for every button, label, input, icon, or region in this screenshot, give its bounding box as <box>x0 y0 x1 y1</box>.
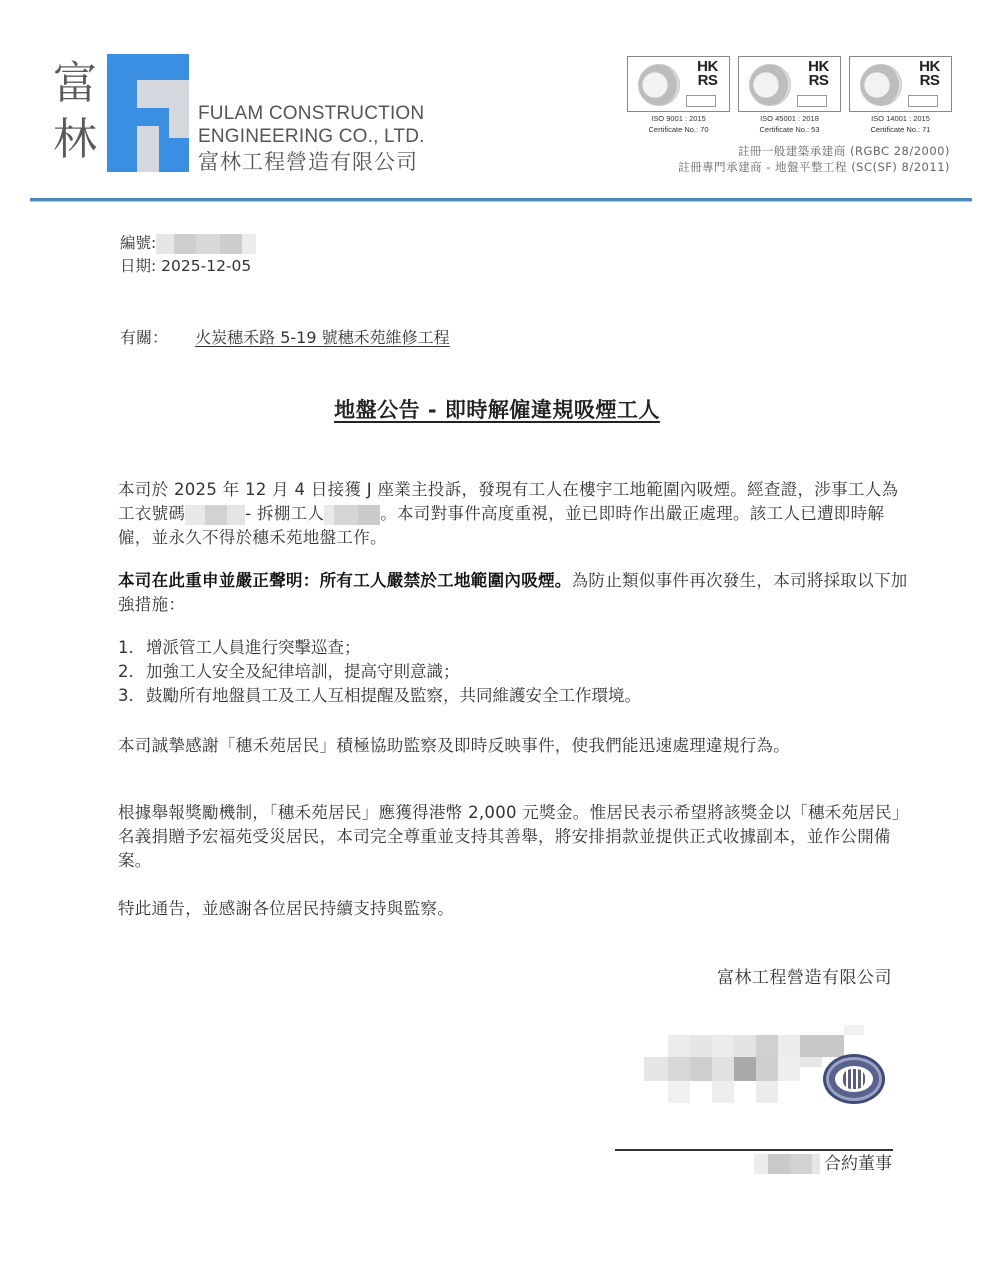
measures-list: 1.增派管工人員進行突擊巡查； 2.加強工人安全及紀律培訓，提高守則意識； 3.… <box>118 636 641 708</box>
ref-label: 編號: <box>120 234 156 252</box>
cert-iso9001: HK RS ISO 9001 : 2015 Certificate No.: 7… <box>627 56 730 134</box>
logo-char-top: 富 <box>50 56 100 112</box>
list-item: 2.加強工人安全及紀律培訓，提高守則意識； <box>118 660 641 684</box>
redacted-worker-name <box>324 505 380 525</box>
company-name-zh: 富林工程營造有限公司 <box>198 149 418 175</box>
redacted-ref-number <box>156 234 256 254</box>
document-meta: 編號: 日期: 2025-12-05 <box>120 232 256 278</box>
paragraph-thanks: 本司誠摯感謝「穗禾苑居民」積極協助監察及即時反映事件，使我們能迅速處理違規行為。 <box>118 734 908 758</box>
company-seal-icon <box>823 1054 885 1104</box>
regarding-line: 有關： 火炭穗禾路 5-19 號穗禾苑維修工程 <box>120 326 450 350</box>
redacted-signatory-name <box>754 1154 820 1174</box>
logo-cjk-wordmark: 富 林 <box>50 56 100 168</box>
hkrs-badge-icon: HK RS <box>738 56 841 112</box>
logo-char-bottom: 林 <box>50 112 100 168</box>
ref-number-row: 編號: <box>120 232 256 255</box>
paragraph-reward: 根據舉報獎勵機制，「穗禾苑居民」應獲得港幣 2,000 元獎金。惟居民表示希望將… <box>118 801 908 873</box>
paragraph-closing: 特此通告，並感謝各位居民持續支持與監察。 <box>118 897 908 921</box>
signatory-company: 富林工程營造有限公司 <box>717 966 892 990</box>
list-item: 1.增派管工人員進行突擊巡查； <box>118 636 641 660</box>
declaration-bold: 本司在此重申並嚴正聲明：所有工人嚴禁於工地範圍內吸煙。 <box>118 571 572 590</box>
company-logo-icon <box>107 54 189 172</box>
signatory-title-row: 合約董事 <box>754 1152 892 1176</box>
notice-title: 地盤公告 - 即時解僱違規吸煙工人 <box>0 395 994 425</box>
signature-line <box>615 1149 893 1151</box>
cert-iso14001: HK RS ISO 14001 : 2015 Certificate No.: … <box>849 56 952 134</box>
paragraph-incident: 本司於 2025 年 12 月 4 日接獲 J 座業主投訴，發現有工人在樓宇工地… <box>118 478 908 550</box>
hkrs-badge-icon: HK RS <box>849 56 952 112</box>
date-row: 日期: 2025-12-05 <box>120 255 256 278</box>
signatory-title: 合約董事 <box>824 1152 892 1176</box>
certification-badges: HK RS ISO 9001 : 2015 Certificate No.: 7… <box>627 56 952 134</box>
hkrs-badge-icon: HK RS <box>627 56 730 112</box>
list-item: 3.鼓勵所有地盤員工及工人互相提醒及監察，共同維護安全工作環境。 <box>118 684 641 708</box>
redacted-uniform-number <box>185 505 245 525</box>
cert-iso45001: HK RS ISO 45001 : 2018 Certificate No.: … <box>738 56 841 134</box>
regarding-subject: 火炭穗禾路 5-19 號穗禾苑維修工程 <box>195 328 450 347</box>
regarding-label: 有關： <box>120 328 168 347</box>
date-value: 2025-12-05 <box>161 257 251 275</box>
letterhead-divider <box>30 198 972 201</box>
paragraph-declaration: 本司在此重申並嚴正聲明：所有工人嚴禁於工地範圍內吸煙。為防止類似事件再次發生，本… <box>118 569 908 617</box>
date-label: 日期: <box>120 257 156 275</box>
registration-info: 註冊一般建築承建商 (RGBC 28/2000) 註冊專門承建商 - 地盤平整工… <box>678 143 950 175</box>
company-name-en: FULAM CONSTRUCTION ENGINEERING CO., LTD. <box>198 102 425 148</box>
